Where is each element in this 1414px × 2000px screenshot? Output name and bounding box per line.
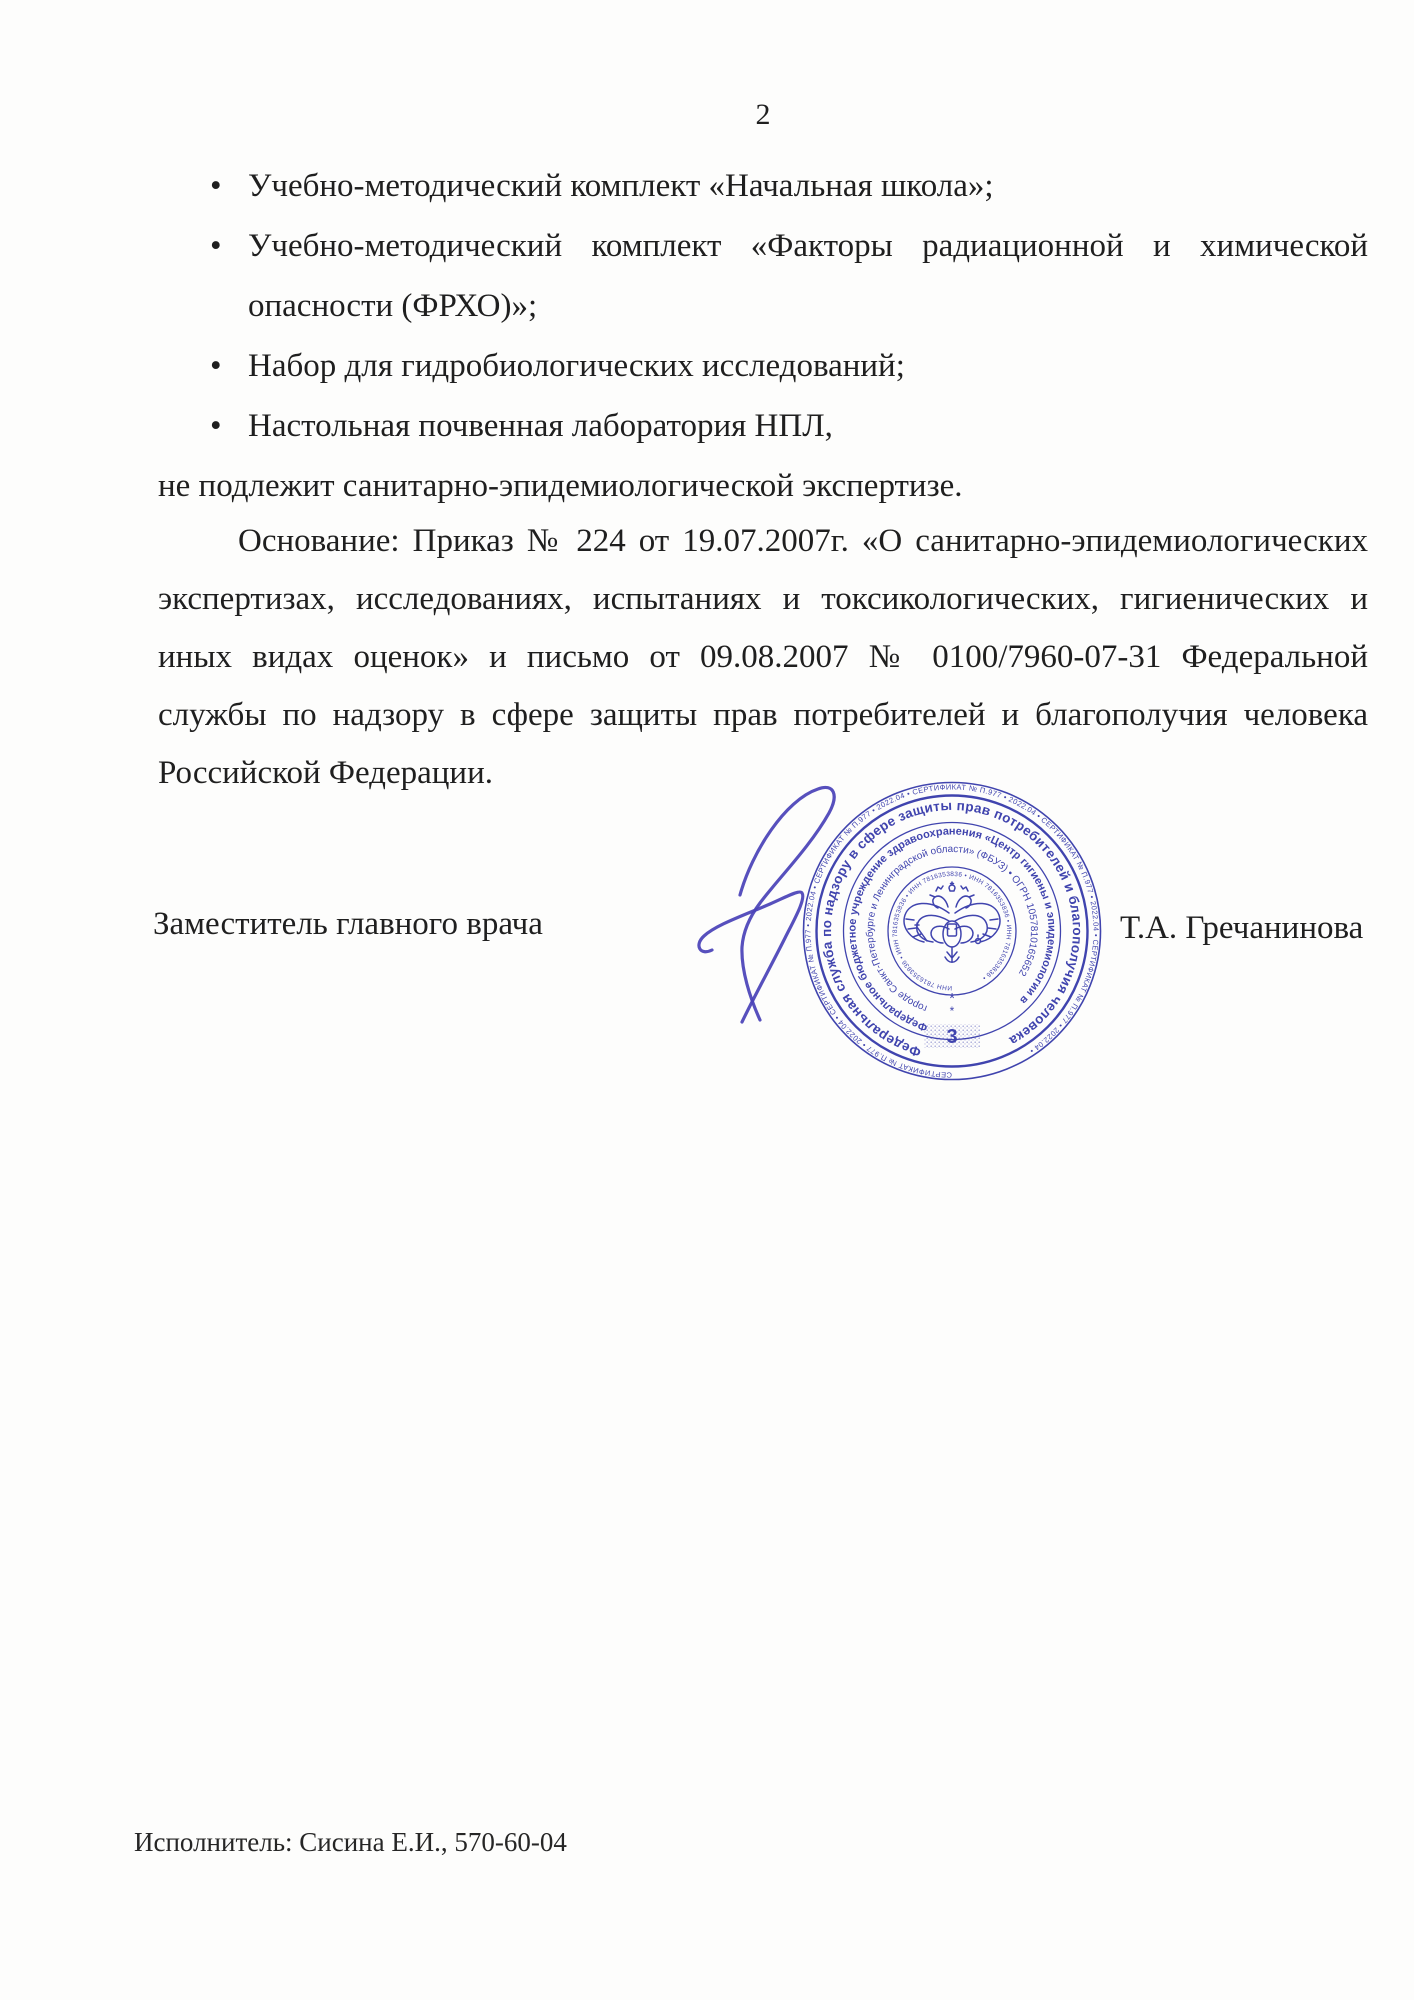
signatory-name: Т.А. Гречанинова — [1120, 908, 1363, 948]
text-line: экспертизах, исследованиях, испытаниях и… — [158, 570, 1368, 628]
bullet-icon: • — [210, 216, 222, 276]
bullet-item: • Учебно-методический комплект «Факторы … — [158, 216, 1368, 336]
bullet-text: Набор для гидробиологических исследовани… — [248, 336, 1368, 396]
bullet-icon: • — [210, 336, 222, 396]
text-line: Учебно-методический комплект «Начальная … — [248, 156, 1368, 216]
stamp-inn-microtext: ИНН 7816353836 • ИНН 7816353836 • ИНН 78… — [892, 871, 1012, 991]
bullet-item: • Набор для гидробиологических исследова… — [158, 336, 1368, 396]
basis-paragraph: Основание: Приказ № 224 от 19.07.2007г. … — [158, 512, 1368, 802]
page-number: 2 — [158, 98, 1368, 132]
stamp-asterisk: * — [950, 1004, 955, 1018]
coat-of-arms-eagle — [904, 882, 1000, 962]
bullet-list: • Учебно-методический комплект «Начальна… — [158, 156, 1368, 456]
text-line: службы по надзору в сфере защиты прав по… — [158, 686, 1368, 744]
document-body: • Учебно-методический комплект «Начальна… — [158, 156, 1368, 802]
bullet-text: Учебно-методический комплект «Факторы ра… — [248, 216, 1368, 336]
text-line: опасности (ФРХО)»; — [248, 276, 1368, 336]
closing-line: не подлежит санитарно-эпидемиологической… — [158, 456, 1368, 516]
stamp-number-badge: 3 — [924, 1024, 980, 1048]
bullet-icon: • — [210, 156, 222, 216]
executor-line: Исполнитель: Сисина Е.И., 570-60-04 — [134, 1825, 567, 1859]
text-line: Набор для гидробиологических исследовани… — [248, 336, 1368, 396]
signatory-title: Заместитель главного врача — [153, 904, 543, 944]
handwritten-signature — [680, 770, 850, 1040]
bullet-item: • Учебно-методический комплект «Начальна… — [158, 156, 1368, 216]
bullet-text: Учебно-методический комплект «Начальная … — [248, 156, 1368, 216]
bullet-item: • Настольная почвенная лаборатория НПЛ, — [158, 396, 1368, 456]
svg-text:3: 3 — [946, 1026, 957, 1048]
signature-stroke — [699, 787, 834, 1022]
text-line: Основание: Приказ № 224 от 19.07.2007г. … — [158, 512, 1368, 570]
text-line: Учебно-методический комплект «Факторы ра… — [248, 216, 1368, 276]
document-page: 2 • Учебно-методический комплект «Началь… — [0, 0, 1414, 2000]
text-line: Настольная почвенная лаборатория НПЛ, — [248, 396, 1368, 456]
text-line: иных видах оценок» и письмо от 09.08.200… — [158, 628, 1368, 686]
bullet-icon: • — [210, 396, 222, 456]
bullet-text: Настольная почвенная лаборатория НПЛ, — [248, 396, 1368, 456]
